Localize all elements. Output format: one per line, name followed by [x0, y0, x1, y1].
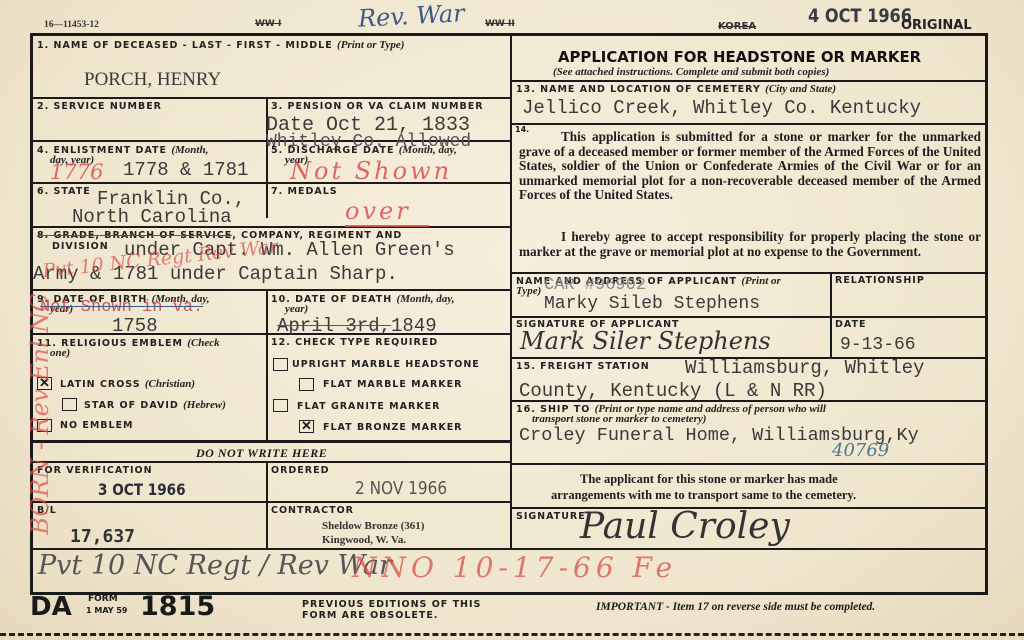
transport-statement-line1: The applicant for this stone or marker h… — [580, 472, 838, 487]
form-word: FORM — [88, 594, 118, 604]
state-label: 6. STATE — [37, 187, 91, 197]
ship-to-zip-handwritten: 40769 — [832, 440, 889, 461]
cemetery-value[interactable]: Jellico Creek, Whitley Co. Kentucky — [522, 98, 921, 118]
war-korea: KOREA — [718, 21, 756, 32]
relationship-label: RELATIONSHIP — [835, 276, 925, 286]
applicant-signature[interactable]: Mark Siler Stephens — [520, 327, 771, 355]
form-title: APPLICATION FOR HEADSTONE OR MARKER — [558, 48, 921, 66]
ship-to-hint: transport stone or marker to cemetery) — [532, 414, 706, 425]
applicant-value[interactable]: Marky Sileb Stephens — [544, 294, 760, 314]
check-type-label: 12. CHECK TYPE REQUIRED — [271, 338, 438, 348]
obsolete-notice-line1: PREVIOUS EDITIONS OF THIS — [302, 600, 481, 610]
contractor-line1: Sheldow Bronze (361) — [322, 520, 424, 532]
name-label: 1. NAME OF DECEASED - LAST - FIRST - MID… — [37, 40, 404, 51]
medals-label: 7. MEDALS — [271, 187, 338, 197]
ordered-label: ORDERED — [271, 466, 329, 476]
transport-statement-line2: arrangements with me to transport same t… — [551, 488, 856, 503]
received-date-stamp: 4 OCT 1966 — [808, 5, 912, 27]
cemetery-label: 13. NAME AND LOCATION OF CEMETERY (City … — [516, 84, 836, 95]
war-ww1: WW I — [255, 19, 281, 29]
service-number-label: 2. SERVICE NUMBER — [37, 102, 162, 112]
form-paper: 16—11453-12 WW I Rev. War WW II KOREA 4 … — [0, 0, 1024, 640]
date-value[interactable]: 9-13-66 — [840, 335, 916, 355]
upright-marble-headstone-checkbox[interactable] — [273, 358, 288, 371]
pension-number-label: 3. PENSION OR VA CLAIM NUMBER — [271, 102, 484, 112]
verification-stamp: 3 OCT 1966 — [98, 480, 186, 499]
death-date-hint: year) — [285, 304, 308, 315]
freight-station-line1[interactable]: Williamsburg, Whitley — [685, 358, 924, 378]
applicant-overlay: CAR #96902 — [544, 276, 646, 296]
bottom-red-annotation: NNO 10-17-66 Fe — [352, 551, 677, 584]
bottom-pencil-annotation: Pvt 10 NC Regt / Rev War — [38, 550, 392, 581]
form-subtitle: (See attached instructions. Complete and… — [553, 66, 829, 78]
discharge-date-handwritten: Not Shown — [290, 157, 452, 185]
transport-signature-label: SIGNATURE — [516, 512, 586, 522]
do-not-write-here: DO NOT WRITE HERE — [196, 446, 327, 461]
applicant-label-hint: Type) — [516, 286, 541, 297]
flat-bronze-marker-checkbox[interactable]: ✕ — [299, 420, 314, 433]
transport-signature[interactable]: Paul Croley — [580, 506, 790, 547]
flat-granite-marker-label: FLAT GRANITE MARKER — [297, 402, 440, 412]
contractor-line2: Kingwood, W. Va. — [322, 534, 406, 546]
margin-red-annotation: BORN - Rev Enl NC — [26, 224, 54, 604]
enlistment-date-value[interactable]: 1778 & 1781 — [123, 160, 248, 180]
bl-value: 17,637 — [70, 527, 135, 547]
upright-marble-headstone-label: UPRIGHT MARBLE HEADSTONE — [292, 360, 480, 370]
form-code: 16—11453-12 — [44, 20, 99, 30]
war-rev-war-handwritten: Rev. War — [357, 0, 465, 33]
medals-handwritten: over — [345, 197, 429, 227]
grade-branch-label-division: DIVISION — [52, 242, 109, 252]
verification-label: FOR VERIFICATION — [37, 466, 153, 476]
form-prefix: DA — [30, 592, 72, 622]
statement-paragraph-1: This application is submitted for a ston… — [519, 130, 981, 203]
flat-marble-marker-label: FLAT MARBLE MARKER — [323, 380, 462, 390]
war-ww2: WW II — [485, 19, 515, 29]
latin-cross-label: LATIN CROSS (Christian) — [60, 379, 195, 390]
ordered-stamp: 2 NOV 1966 — [355, 478, 447, 499]
birth-date-value[interactable]: 1758 — [112, 316, 158, 336]
star-of-david-label: STAR OF DAVID (Hebrew) — [84, 400, 226, 411]
obsolete-notice-line2: FORM ARE OBSOLETE. — [302, 611, 438, 621]
state-value-line2[interactable]: North Carolina — [72, 207, 232, 227]
important-notice: IMPORTANT - Item 17 on reverse side must… — [596, 601, 875, 613]
date-label: DATE — [835, 320, 866, 330]
form-date: 1 MAY 59 — [86, 606, 127, 615]
flat-marble-marker-checkbox[interactable] — [299, 378, 314, 391]
freight-station-label: 15. FREIGHT STATION — [516, 362, 650, 372]
no-emblem-label: NO EMBLEM — [60, 421, 134, 431]
name-value[interactable]: PORCH, HENRY — [84, 70, 221, 90]
death-date-value[interactable]: April 3rd,1849 — [277, 316, 437, 336]
perforation-edge — [0, 633, 1024, 636]
copy-label: ORIGINAL — [901, 18, 972, 33]
form-number: 1815 — [140, 591, 215, 622]
star-of-david-checkbox[interactable] — [62, 398, 77, 411]
flat-granite-marker-checkbox[interactable] — [273, 399, 288, 412]
flat-bronze-marker-label: FLAT BRONZE MARKER — [323, 423, 463, 433]
freight-station-line2[interactable]: County, Kentucky (L & N RR) — [519, 381, 827, 401]
enlistment-date-handwritten: 1776 — [50, 160, 103, 184]
contractor-label: CONTRACTOR — [271, 506, 354, 516]
statement-paragraph-2: I hereby agree to accept responsibility … — [519, 230, 981, 259]
